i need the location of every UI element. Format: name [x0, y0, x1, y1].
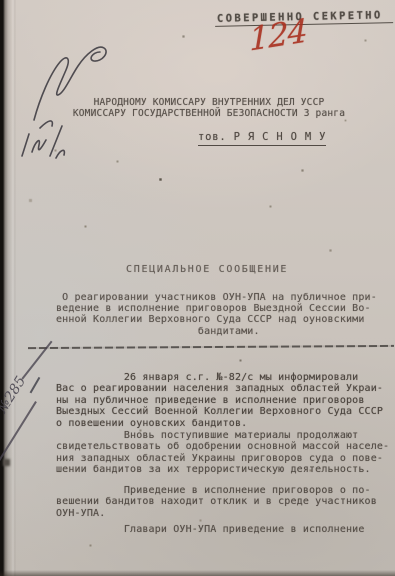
divider-rule	[28, 345, 394, 349]
scanned-document-page: СОВЕРШЕННО СЕКРЕТНО 124 НАРОДНОМУ КОМИСС…	[0, 0, 395, 576]
margin-tick-mark	[30, 377, 40, 393]
subject-line: енной Коллегии Верховного Суда СССР над …	[56, 314, 377, 325]
body-line: о повешении оуновских бандитов.	[56, 418, 383, 429]
paper-speckles	[0, 0, 1, 1]
addressee-line-2: КОМИССАРУ ГОСУДАРСТВЕННОЙ БЕЗОПАСНОСТИ 3…	[70, 108, 348, 119]
paragraph-3: Приведение в исполнение приговоров о по-…	[56, 485, 377, 519]
body-line: Главари ОУН-УПА приведение в исполнение	[56, 524, 365, 535]
subject-line: ведение в исполнение приговоров Выездной…	[56, 303, 377, 314]
addressee-header: НАРОДНОМУ КОМИССАРУ ВНУТРЕННИХ ДЕЛ УССР …	[70, 97, 348, 119]
paragraph-4: Главари ОУН-УПА приведение в исполнение	[56, 524, 365, 535]
body-line: Вновь поступившие материалы продолжают	[56, 430, 389, 441]
paragraph-2: Вновь поступившие материалы продолжают с…	[56, 430, 389, 476]
body-line: вешении бандитов находит отклик и в сред…	[56, 496, 377, 507]
subject-line: О реагировании участников ОУН-УПА на пуб…	[56, 292, 377, 303]
handwritten-red-number: 124	[249, 11, 307, 58]
body-line: ОУН-УПА.	[56, 508, 377, 519]
addressee-name: тов. Р Я С Н О М У	[198, 131, 326, 146]
body-line: Выездных Сессий Военной Коллегии Верховн…	[56, 406, 383, 417]
subject-block: О реагировании участников ОУН-УПА на пуб…	[56, 292, 377, 337]
body-line: шении бандитов за их террористическую де…	[56, 464, 389, 475]
body-line: ны на публичное приведение в исполнение …	[56, 395, 383, 406]
body-line: Вас о реагировании населения западных об…	[56, 383, 383, 394]
body-line: ния западных областей Украины приговоров…	[56, 453, 389, 464]
subject-line: бандитами.	[56, 326, 377, 337]
body-line: Приведение в исполнение приговоров о по-	[56, 485, 377, 496]
document-title: СПЕЦИАЛЬНОЕ СООБЩЕНИЕ	[126, 264, 288, 275]
addressee-line-1: НАРОДНОМУ КОМИССАРУ ВНУТРЕННИХ ДЕЛ УССР	[70, 97, 348, 108]
scan-bottom-edge	[0, 570, 395, 576]
paragraph-1: 26 января с.г. №-82/с мы информировали В…	[56, 372, 383, 429]
body-line: свидетельствовать об одобрении основной …	[56, 441, 389, 452]
body-line: 26 января с.г. №-82/с мы информировали	[56, 372, 383, 383]
